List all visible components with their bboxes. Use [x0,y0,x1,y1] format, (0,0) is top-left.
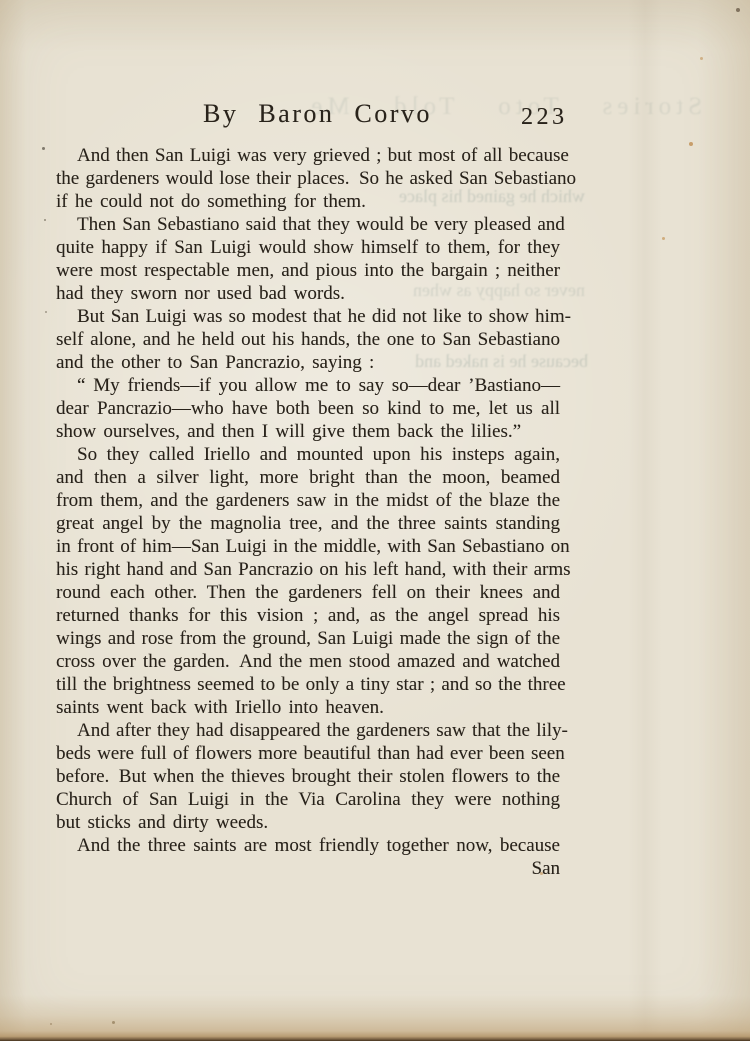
text-line: had they sworn nor used bad words. [56,282,560,305]
foxing-spot [662,237,665,240]
body-text-block: And then San Luigi was very grieved ; bu… [56,144,560,880]
page-number: 223 [521,101,568,133]
paper-fibre-band [628,0,662,1041]
text-line: And then San Luigi was very grieved ; bu… [56,144,560,167]
running-head-title: By Baron Corvo [203,97,432,131]
text-line: if he could not do something for them. [56,190,560,213]
text-line: were most respectable men, and pious int… [56,259,560,282]
text-line: wings and rose from the ground, San Luig… [56,627,560,650]
book-page: Stories Toto Told Me By Baron Corvo 223 … [0,0,750,1041]
foxing-spot [700,57,703,60]
text-line: before. But when the thieves brought the… [56,765,560,788]
text-line: dear Pancrazio—who have both been so kin… [56,397,560,420]
text-line: And after they had disappeared the garde… [56,719,560,742]
foxing-spot [689,142,693,146]
text-line: in front of him—San Luigi in the middle,… [56,535,560,558]
text-line: returned thanks for this vision ; and, a… [56,604,560,627]
text-line: Church of San Luigi in the Via Carolina … [56,788,560,811]
text-line: So they called Iriello and mounted upon … [56,443,560,466]
ink-speck [42,147,45,150]
ink-speck [50,1023,52,1025]
text-line: great angel by the magnolia tree, and th… [56,512,560,535]
text-line: from them, and the gardeners saw in the … [56,489,560,512]
text-line: And the three saints are most friendly t… [56,834,560,857]
page-bottom-edge [0,995,750,1041]
ink-speck [112,1021,115,1024]
text-line: But San Luigi was so modest that he did … [56,305,560,328]
text-line: Then San Sebastiano said that they would… [56,213,560,236]
text-line: self alone, and he held out his hands, t… [56,328,560,351]
text-line: but sticks and dirty weeds. [56,811,560,834]
text-line: beds were full of flowers more beautiful… [56,742,560,765]
text-line: his right hand and San Pancrazio on his … [56,558,560,581]
text-line: till the brightness seemed to be only a … [56,673,560,696]
text-line: and the other to San Pancrazio, saying : [56,351,560,374]
text-line: round each other. Then the gardeners fel… [56,581,560,604]
text-line: “ My friends—if you allow me to say so—d… [56,374,560,397]
text-line: and then a silver light, more bright tha… [56,466,560,489]
ink-speck [45,311,47,313]
text-line: saints went back with Iriello into heave… [56,696,560,719]
text-line: quite happy if San Luigi would show hims… [56,236,560,259]
text-line: cross over the garden. And the men stood… [56,650,560,673]
catchword: San [56,857,560,880]
text-line: show ourselves, and then I will give the… [56,420,560,443]
ink-speck [44,219,46,221]
ink-speck [736,8,740,12]
text-line: the gardeners would lose their places. S… [56,167,560,190]
